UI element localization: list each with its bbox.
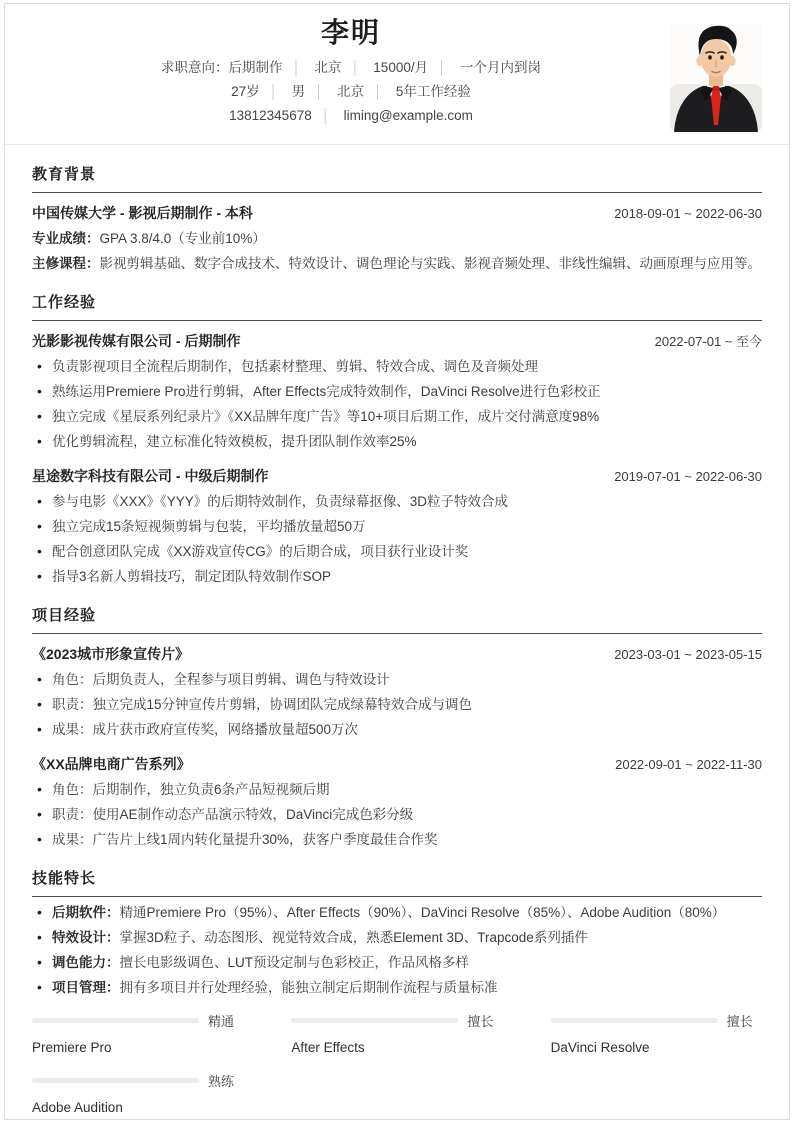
info-segment: 5年工作经验 [396, 84, 471, 99]
work-bullets: 负责影视项目全流程后期制作，包括素材整理、剪辑、特效合成、调色及音频处理 熟练运… [32, 357, 762, 451]
skill-label: 项目管理： [52, 980, 120, 995]
skill-bar-item: 熟练 Adobe Audition [32, 1071, 243, 1117]
section-work: 工作经验 光影影视传媒有限公司 - 后期制作 2022-07-01 ~ 至今 负… [32, 273, 762, 586]
project-bullet: 职责：使用AE制作动态产品演示特效，DaVinci完成色彩分级 [32, 805, 762, 824]
section-projects: 项目经验 《2023城市形象宣传片》 2023-03-01 ~ 2023-05-… [32, 586, 762, 849]
vertical-bar-separator: │ [293, 60, 301, 75]
work-entry: 光影影视传媒有限公司 - 后期制作 2022-07-01 ~ 至今 负责影视项目… [32, 332, 762, 451]
vertical-bar-separator: │ [270, 84, 278, 99]
skill-level-label: 熟练 [208, 1071, 234, 1090]
work-bullet: 独立完成《星辰系列纪录片》《XX品牌年度广告》等10+项目后期工作，成片交付满意… [32, 407, 762, 426]
skill-bullet: 项目管理：拥有多项目并行处理经验，能独立制定后期制作流程与质量标准 [32, 978, 762, 997]
entry-head: 光影影视传媒有限公司 - 后期制作 2022-07-01 ~ 至今 [32, 332, 762, 351]
skill-bar-track [551, 1018, 718, 1023]
skill-bar-row: 精通 [32, 1011, 243, 1030]
entry-head: 星途数字科技有限公司 - 中级后期制作 2019-07-01 ~ 2022-06… [32, 467, 762, 486]
company-position: 星途数字科技有限公司 - 中级后期制作 [32, 467, 268, 486]
skill-level-label: 擅长 [727, 1011, 753, 1030]
project-bullet: 成果：成片获市政府宣传奖，网络播放量超500万次 [32, 720, 762, 739]
school-major-degree: 中国传媒大学 - 影视后期制作 - 本科 [32, 204, 253, 223]
entry-head: 中国传媒大学 - 影视后期制作 - 本科 2018-09-01 ~ 2022-0… [32, 204, 762, 223]
info-segment: 一个月内到岗 [460, 60, 541, 75]
header-info-line: 13812345678│ liming@example.com│ [32, 104, 670, 128]
section-skills: 技能特长 后期软件：精通Premiere Pro（95%）、After Effe… [32, 849, 762, 1117]
skill-name: Adobe Audition [32, 1098, 243, 1117]
work-bullet: 参与电影《XXX》《YYY》的后期特效制作，负责绿幕抠像、3D粒子特效合成 [32, 492, 762, 511]
project-bullet: 成果：广告片上线1周内转化量提升30%，获客户季度最佳合作奖 [32, 830, 762, 849]
vertical-bar-separator: │ [351, 60, 359, 75]
skill-bar-item: 精通 Premiere Pro [32, 1011, 243, 1057]
section-title-skills: 技能特长 [32, 849, 762, 897]
skill-bullet: 调色能力：擅长电影级调色、LUT预设定制与色彩校正，作品风格多样 [32, 953, 762, 972]
resume-header: 李明 求职意向：后期制作│ 北京│ 15000/月│ [5, 4, 789, 132]
project-bullet: 角色：后期制作，独立负责6条产品短视频后期 [32, 780, 762, 799]
skill-bar-track [291, 1018, 458, 1023]
work-entries: 光影影视传媒有限公司 - 后期制作 2022-07-01 ~ 至今 负责影视项目… [32, 332, 762, 586]
info-segment: 北京 [337, 84, 364, 99]
section-title-work: 工作经验 [32, 273, 762, 321]
skill-label: 特效设计： [52, 930, 120, 945]
work-bullet: 优化剪辑流程，建立标准化特效模板，提升团队制作效率25% [32, 432, 762, 451]
skill-bar-track [32, 1078, 199, 1083]
education-details: 专业成绩：GPA 3.8/4.0（专业前10%） 主修课程：影视剪辑基础、数字合… [32, 229, 762, 273]
resume-body: 教育背景 中国传媒大学 - 影视后期制作 - 本科 2018-09-01 ~ 2… [5, 145, 789, 1117]
info-segment: 求职意向：后期制作 [161, 60, 283, 75]
entry-head: 《2023城市形象宣传片》 2023-03-01 ~ 2023-05-15 [32, 645, 762, 664]
skill-level-label: 精通 [208, 1011, 234, 1030]
skill-text: 擅长电影级调色、LUT预设定制与色彩校正，作品风格多样 [120, 955, 470, 970]
education-entry: 中国传媒大学 - 影视后期制作 - 本科 2018-09-01 ~ 2022-0… [32, 204, 762, 273]
skill-name: Premiere Pro [32, 1038, 243, 1057]
detail-text: GPA 3.8/4.0（专业前10%） [100, 231, 266, 246]
skill-text: 拥有多项目并行处理经验，能独立制定后期制作流程与质量标准 [120, 980, 498, 995]
education-detail-line: 专业成绩：GPA 3.8/4.0（专业前10%） [32, 229, 762, 248]
work-bullet: 负责影视项目全流程后期制作，包括素材整理、剪辑、特效合成、调色及音频处理 [32, 357, 762, 376]
skill-bullets: 后期软件：精通Premiere Pro（95%）、After Effects（9… [32, 903, 762, 997]
info-segments: 求职意向：后期制作│ 北京│ 15000/月│ 一个月内到岗│ [161, 60, 541, 75]
skill-bar-row: 擅长 [291, 1011, 502, 1030]
skill-bar-row: 擅长 [551, 1011, 762, 1030]
skill-bar-row: 熟练 [32, 1071, 243, 1090]
project-title: 《XX品牌电商广告系列》 [32, 755, 191, 774]
project-bullet: 职责：独立完成15分钟宣传片剪辑，协调团队完成绿幕特效合成与调色 [32, 695, 762, 714]
work-bullets: 参与电影《XXX》《YYY》的后期特效制作，负责绿幕抠像、3D粒子特效合成 独立… [32, 492, 762, 586]
skill-level-label: 擅长 [467, 1011, 493, 1030]
info-segment: 男 [292, 84, 306, 99]
work-bullet: 熟练运用Premiere Pro进行剪辑，After Effects完成特效制作… [32, 382, 762, 401]
project-title: 《2023城市形象宣传片》 [32, 645, 189, 664]
header-info-line: 求职意向：后期制作│ 北京│ 15000/月│ 一个月内到岗│ [32, 56, 670, 80]
work-entry: 星途数字科技有限公司 - 中级后期制作 2019-07-01 ~ 2022-06… [32, 467, 762, 586]
info-segment: 27岁 [231, 84, 260, 99]
info-segments: 13812345678│ liming@example.com│ [229, 108, 473, 123]
vertical-bar-separator: │ [438, 60, 446, 75]
project-bullets: 角色：后期负责人，全程参与项目剪辑、调色与特效设计 职责：独立完成15分钟宣传片… [32, 670, 762, 739]
date-range: 2023-03-01 ~ 2023-05-15 [614, 645, 762, 664]
project-entries: 《2023城市形象宣传片》 2023-03-01 ~ 2023-05-15 角色… [32, 645, 762, 849]
info-segments: 27岁│ 男│ 北京│ 5年工作经验│ [231, 84, 471, 99]
date-range: 2022-09-01 ~ 2022-11-30 [615, 755, 762, 774]
detail-label: 主修课程： [32, 256, 100, 271]
skill-name: After Effects [291, 1038, 502, 1057]
skill-label: 调色能力： [52, 955, 120, 970]
skill-text: 掌握3D粒子、动态图形、视觉特效合成，熟悉Element 3D、Trapcode… [120, 930, 588, 945]
section-title-projects: 项目经验 [32, 586, 762, 634]
header-center: 李明 求职意向：后期制作│ 北京│ 15000/月│ [32, 18, 670, 128]
entry-head: 《XX品牌电商广告系列》 2022-09-01 ~ 2022-11-30 [32, 755, 762, 774]
detail-text: 影视剪辑基础、数字合成技术、特效设计、调色理论与实践、影视音频处理、非线性编辑、… [100, 256, 762, 271]
header-info-line: 27岁│ 男│ 北京│ 5年工作经验│ [32, 80, 670, 104]
avatar-photo [670, 24, 762, 132]
vertical-bar-separator: │ [322, 108, 330, 123]
skill-bars: 精通 Premiere Pro 擅长 After Effects [32, 1011, 762, 1117]
info-segment: 15000/月 [373, 60, 428, 75]
skill-bar-item: 擅长 After Effects [291, 1011, 502, 1057]
section-title-education: 教育背景 [32, 145, 762, 193]
date-range: 2022-07-01 ~ 至今 [655, 332, 762, 351]
skill-bullet: 特效设计：掌握3D粒子、动态图形、视觉特效合成，熟悉Element 3D、Tra… [32, 928, 762, 947]
date-range: 2019-07-01 ~ 2022-06-30 [614, 467, 762, 486]
male-portrait-illustration [670, 24, 762, 132]
skill-name: DaVinci Resolve [551, 1038, 762, 1057]
info-segment: 北京 [314, 60, 341, 75]
project-entry: 《XX品牌电商广告系列》 2022-09-01 ~ 2022-11-30 角色：… [32, 755, 762, 849]
project-entry: 《2023城市形象宣传片》 2023-03-01 ~ 2023-05-15 角色… [32, 645, 762, 739]
vertical-bar-separator: │ [374, 84, 382, 99]
skill-bullet: 后期软件：精通Premiere Pro（95%）、After Effects（9… [32, 903, 762, 922]
info-segment: liming@example.com [344, 108, 473, 123]
company-position: 光影影视传媒有限公司 - 后期制作 [32, 332, 240, 351]
skill-text: 精通Premiere Pro（95%）、After Effects（90%）、D… [120, 905, 726, 920]
work-bullet: 独立完成15条短视频剪辑与包装，平均播放量超50万 [32, 517, 762, 536]
work-bullet: 配合创意团队完成《XX游戏宣传CG》的后期合成，项目获行业设计奖 [32, 542, 762, 561]
date-range: 2018-09-01 ~ 2022-06-30 [614, 204, 762, 223]
skill-bar-item: 擅长 DaVinci Resolve [551, 1011, 762, 1057]
project-bullet: 角色：后期负责人，全程参与项目剪辑、调色与特效设计 [32, 670, 762, 689]
project-bullets: 角色：后期制作，独立负责6条产品短视频后期 职责：使用AE制作动态产品演示特效，… [32, 780, 762, 849]
skill-bar-track [32, 1018, 199, 1023]
education-detail-line: 主修课程：影视剪辑基础、数字合成技术、特效设计、调色理论与实践、影视音频处理、非… [32, 254, 762, 273]
header-info-lines: 求职意向：后期制作│ 北京│ 15000/月│ 一个月内到岗│ [32, 56, 670, 128]
detail-label: 专业成绩： [32, 231, 100, 246]
education-entries: 中国传媒大学 - 影视后期制作 - 本科 2018-09-01 ~ 2022-0… [32, 204, 762, 273]
vertical-bar-separator: │ [315, 84, 323, 99]
skill-label: 后期软件： [52, 905, 120, 920]
candidate-name: 李明 [32, 18, 670, 48]
section-education: 教育背景 中国传媒大学 - 影视后期制作 - 本科 2018-09-01 ~ 2… [32, 145, 762, 273]
work-bullet: 指导3名新人剪辑技巧，制定团队特效制作SOP [32, 567, 762, 586]
resume-page: 李明 求职意向：后期制作│ 北京│ 15000/月│ [4, 3, 790, 1120]
info-segment: 13812345678 [229, 108, 312, 123]
